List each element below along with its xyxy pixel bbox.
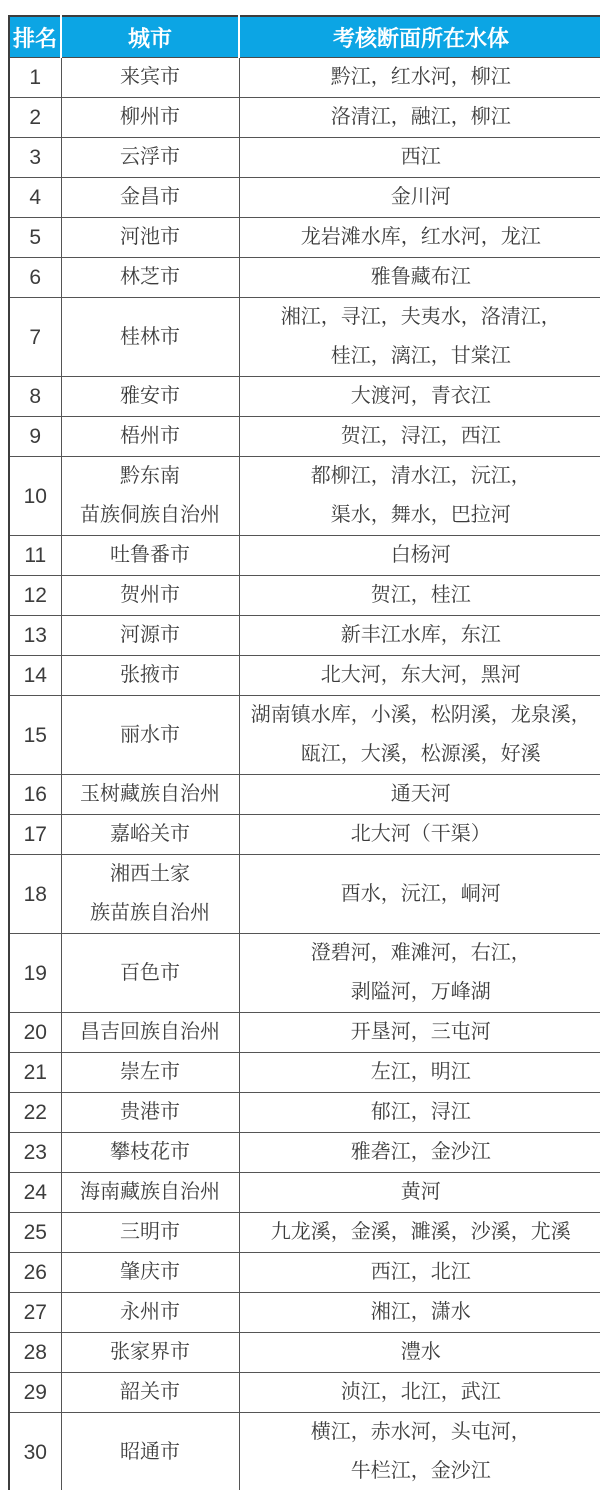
water-cell: 湘江，寻江，夫夷水，洛清江， 桂江，漓江，甘棠江 xyxy=(239,298,600,377)
water-cell: 郁江，浔江 xyxy=(239,1093,600,1133)
water-cell: 贺江，桂江 xyxy=(239,576,600,616)
table-row: 28张家界市澧水 xyxy=(9,1333,600,1373)
table-row: 8雅安市大渡河，青衣江 xyxy=(9,377,600,417)
rank-cell: 16 xyxy=(9,775,61,815)
water-cell: 湖南镇水库，小溪，松阴溪，龙泉溪， 瓯江，大溪，松源溪，好溪 xyxy=(239,696,600,775)
rank-cell: 23 xyxy=(9,1133,61,1173)
table-row: 18湘西土家 族苗族自治州酉水，沅江，峒河 xyxy=(9,855,600,934)
city-cell: 河源市 xyxy=(61,616,239,656)
water-cell: 北大河（干渠） xyxy=(239,815,600,855)
table-body: 1来宾市黔江，红水河，柳江2柳州市洛清江，融江，柳江3云浮市西江4金昌市金川河5… xyxy=(9,58,600,1490)
city-cell: 丽水市 xyxy=(61,696,239,775)
table-row: 5河池市龙岩滩水库，红水河，龙江 xyxy=(9,218,600,258)
city-cell: 永州市 xyxy=(61,1293,239,1333)
rank-cell: 12 xyxy=(9,576,61,616)
water-cell: 开垦河，三屯河 xyxy=(239,1013,600,1053)
table-row: 11吐鲁番市白杨河 xyxy=(9,536,600,576)
water-cell: 浈江，北江，武江 xyxy=(239,1373,600,1413)
header-rank: 排名 xyxy=(9,16,61,58)
water-cell: 横江，赤水河，头屯河， 牛栏江，金沙江 xyxy=(239,1413,600,1490)
water-cell: 黔江，红水河，柳江 xyxy=(239,58,600,98)
table-row: 17嘉峪关市北大河（干渠） xyxy=(9,815,600,855)
table-row: 2柳州市洛清江，融江，柳江 xyxy=(9,98,600,138)
city-water-ranking-table: 排名 城市 考核断面所在水体 1来宾市黔江，红水河，柳江2柳州市洛清江，融江，柳… xyxy=(8,15,600,1490)
table-row: 21崇左市左江，明江 xyxy=(9,1053,600,1093)
table-row: 3云浮市西江 xyxy=(9,138,600,178)
water-cell: 新丰江水库，东江 xyxy=(239,616,600,656)
table-row: 27永州市湘江，潇水 xyxy=(9,1293,600,1333)
city-cell: 百色市 xyxy=(61,934,239,1013)
city-cell: 河池市 xyxy=(61,218,239,258)
rank-cell: 26 xyxy=(9,1253,61,1293)
city-cell: 韶关市 xyxy=(61,1373,239,1413)
city-cell: 崇左市 xyxy=(61,1053,239,1093)
rank-cell: 1 xyxy=(9,58,61,98)
table-row: 1来宾市黔江，红水河，柳江 xyxy=(9,58,600,98)
rank-cell: 7 xyxy=(9,298,61,377)
water-cell: 酉水，沅江，峒河 xyxy=(239,855,600,934)
water-cell: 北大河，东大河，黑河 xyxy=(239,656,600,696)
table-row: 23攀枝花市雅砻江，金沙江 xyxy=(9,1133,600,1173)
water-cell: 黄河 xyxy=(239,1173,600,1213)
city-cell: 肇庆市 xyxy=(61,1253,239,1293)
rank-cell: 21 xyxy=(9,1053,61,1093)
city-cell: 林芝市 xyxy=(61,258,239,298)
table-row: 4金昌市金川河 xyxy=(9,178,600,218)
rank-cell: 15 xyxy=(9,696,61,775)
table-row: 14张掖市北大河，东大河，黑河 xyxy=(9,656,600,696)
table-row: 30昭通市横江，赤水河，头屯河， 牛栏江，金沙江 xyxy=(9,1413,600,1490)
city-cell: 湘西土家 族苗族自治州 xyxy=(61,855,239,934)
table-row: 10黔东南 苗族侗族自治州都柳江，清水江，沅江， 渠水，舞水，巴拉河 xyxy=(9,457,600,536)
rank-cell: 5 xyxy=(9,218,61,258)
water-cell: 澧水 xyxy=(239,1333,600,1373)
water-cell: 贺江，浔江，西江 xyxy=(239,417,600,457)
city-cell: 张掖市 xyxy=(61,656,239,696)
city-cell: 攀枝花市 xyxy=(61,1133,239,1173)
table-row: 16玉树藏族自治州通天河 xyxy=(9,775,600,815)
table-row: 25三明市九龙溪，金溪，濉溪，沙溪，尤溪 xyxy=(9,1213,600,1253)
rank-cell: 29 xyxy=(9,1373,61,1413)
rank-cell: 20 xyxy=(9,1013,61,1053)
table-row: 6林芝市雅鲁藏布江 xyxy=(9,258,600,298)
rank-cell: 22 xyxy=(9,1093,61,1133)
city-cell: 昌吉回族自治州 xyxy=(61,1013,239,1053)
city-cell: 玉树藏族自治州 xyxy=(61,775,239,815)
rank-cell: 25 xyxy=(9,1213,61,1253)
table-row: 29韶关市浈江，北江，武江 xyxy=(9,1373,600,1413)
rank-cell: 30 xyxy=(9,1413,61,1490)
city-cell: 桂林市 xyxy=(61,298,239,377)
table-row: 9梧州市贺江，浔江，西江 xyxy=(9,417,600,457)
city-cell: 来宾市 xyxy=(61,58,239,98)
header-row: 排名 城市 考核断面所在水体 xyxy=(9,16,600,58)
city-cell: 嘉峪关市 xyxy=(61,815,239,855)
water-cell: 都柳江，清水江，沅江， 渠水，舞水，巴拉河 xyxy=(239,457,600,536)
water-cell: 通天河 xyxy=(239,775,600,815)
water-cell: 九龙溪，金溪，濉溪，沙溪，尤溪 xyxy=(239,1213,600,1253)
city-cell: 云浮市 xyxy=(61,138,239,178)
water-cell: 大渡河，青衣江 xyxy=(239,377,600,417)
water-cell: 西江，北江 xyxy=(239,1253,600,1293)
rank-cell: 13 xyxy=(9,616,61,656)
table-row: 13河源市新丰江水库，东江 xyxy=(9,616,600,656)
water-cell: 雅砻江，金沙江 xyxy=(239,1133,600,1173)
water-cell: 澄碧河，难滩河，右江， 剥隘河，万峰湖 xyxy=(239,934,600,1013)
water-cell: 洛清江，融江，柳江 xyxy=(239,98,600,138)
water-cell: 湘江，潇水 xyxy=(239,1293,600,1333)
rank-cell: 17 xyxy=(9,815,61,855)
rank-cell: 28 xyxy=(9,1333,61,1373)
city-cell: 柳州市 xyxy=(61,98,239,138)
city-cell: 梧州市 xyxy=(61,417,239,457)
rank-cell: 6 xyxy=(9,258,61,298)
table-row: 7桂林市湘江，寻江，夫夷水，洛清江， 桂江，漓江，甘棠江 xyxy=(9,298,600,377)
water-cell: 白杨河 xyxy=(239,536,600,576)
rank-cell: 4 xyxy=(9,178,61,218)
rank-cell: 3 xyxy=(9,138,61,178)
water-cell: 西江 xyxy=(239,138,600,178)
rank-cell: 27 xyxy=(9,1293,61,1333)
header-city: 城市 xyxy=(61,16,239,58)
water-cell: 雅鲁藏布江 xyxy=(239,258,600,298)
rank-cell: 19 xyxy=(9,934,61,1013)
city-water-quality-ranking-page: 排名 城市 考核断面所在水体 1来宾市黔江，红水河，柳江2柳州市洛清江，融江，柳… xyxy=(0,0,600,1490)
city-cell: 吐鲁番市 xyxy=(61,536,239,576)
water-cell: 左江，明江 xyxy=(239,1053,600,1093)
city-cell: 张家界市 xyxy=(61,1333,239,1373)
table-row: 12贺州市贺江，桂江 xyxy=(9,576,600,616)
city-cell: 雅安市 xyxy=(61,377,239,417)
table-row: 26肇庆市西江，北江 xyxy=(9,1253,600,1293)
rank-cell: 18 xyxy=(9,855,61,934)
city-cell: 昭通市 xyxy=(61,1413,239,1490)
table-row: 19百色市澄碧河，难滩河，右江， 剥隘河，万峰湖 xyxy=(9,934,600,1013)
rank-cell: 8 xyxy=(9,377,61,417)
city-cell: 金昌市 xyxy=(61,178,239,218)
table-row: 15丽水市湖南镇水库，小溪，松阴溪，龙泉溪， 瓯江，大溪，松源溪，好溪 xyxy=(9,696,600,775)
rank-cell: 9 xyxy=(9,417,61,457)
rank-cell: 10 xyxy=(9,457,61,536)
city-cell: 贵港市 xyxy=(61,1093,239,1133)
city-cell: 黔东南 苗族侗族自治州 xyxy=(61,457,239,536)
rank-cell: 14 xyxy=(9,656,61,696)
city-cell: 贺州市 xyxy=(61,576,239,616)
table-header: 排名 城市 考核断面所在水体 xyxy=(9,16,600,58)
water-cell: 金川河 xyxy=(239,178,600,218)
rank-cell: 2 xyxy=(9,98,61,138)
city-cell: 三明市 xyxy=(61,1213,239,1253)
header-water: 考核断面所在水体 xyxy=(239,16,600,58)
rank-cell: 11 xyxy=(9,536,61,576)
table-row: 20昌吉回族自治州开垦河，三屯河 xyxy=(9,1013,600,1053)
rank-cell: 24 xyxy=(9,1173,61,1213)
table-row: 24海南藏族自治州黄河 xyxy=(9,1173,600,1213)
table-row: 22贵港市郁江，浔江 xyxy=(9,1093,600,1133)
city-cell: 海南藏族自治州 xyxy=(61,1173,239,1213)
water-cell: 龙岩滩水库，红水河，龙江 xyxy=(239,218,600,258)
